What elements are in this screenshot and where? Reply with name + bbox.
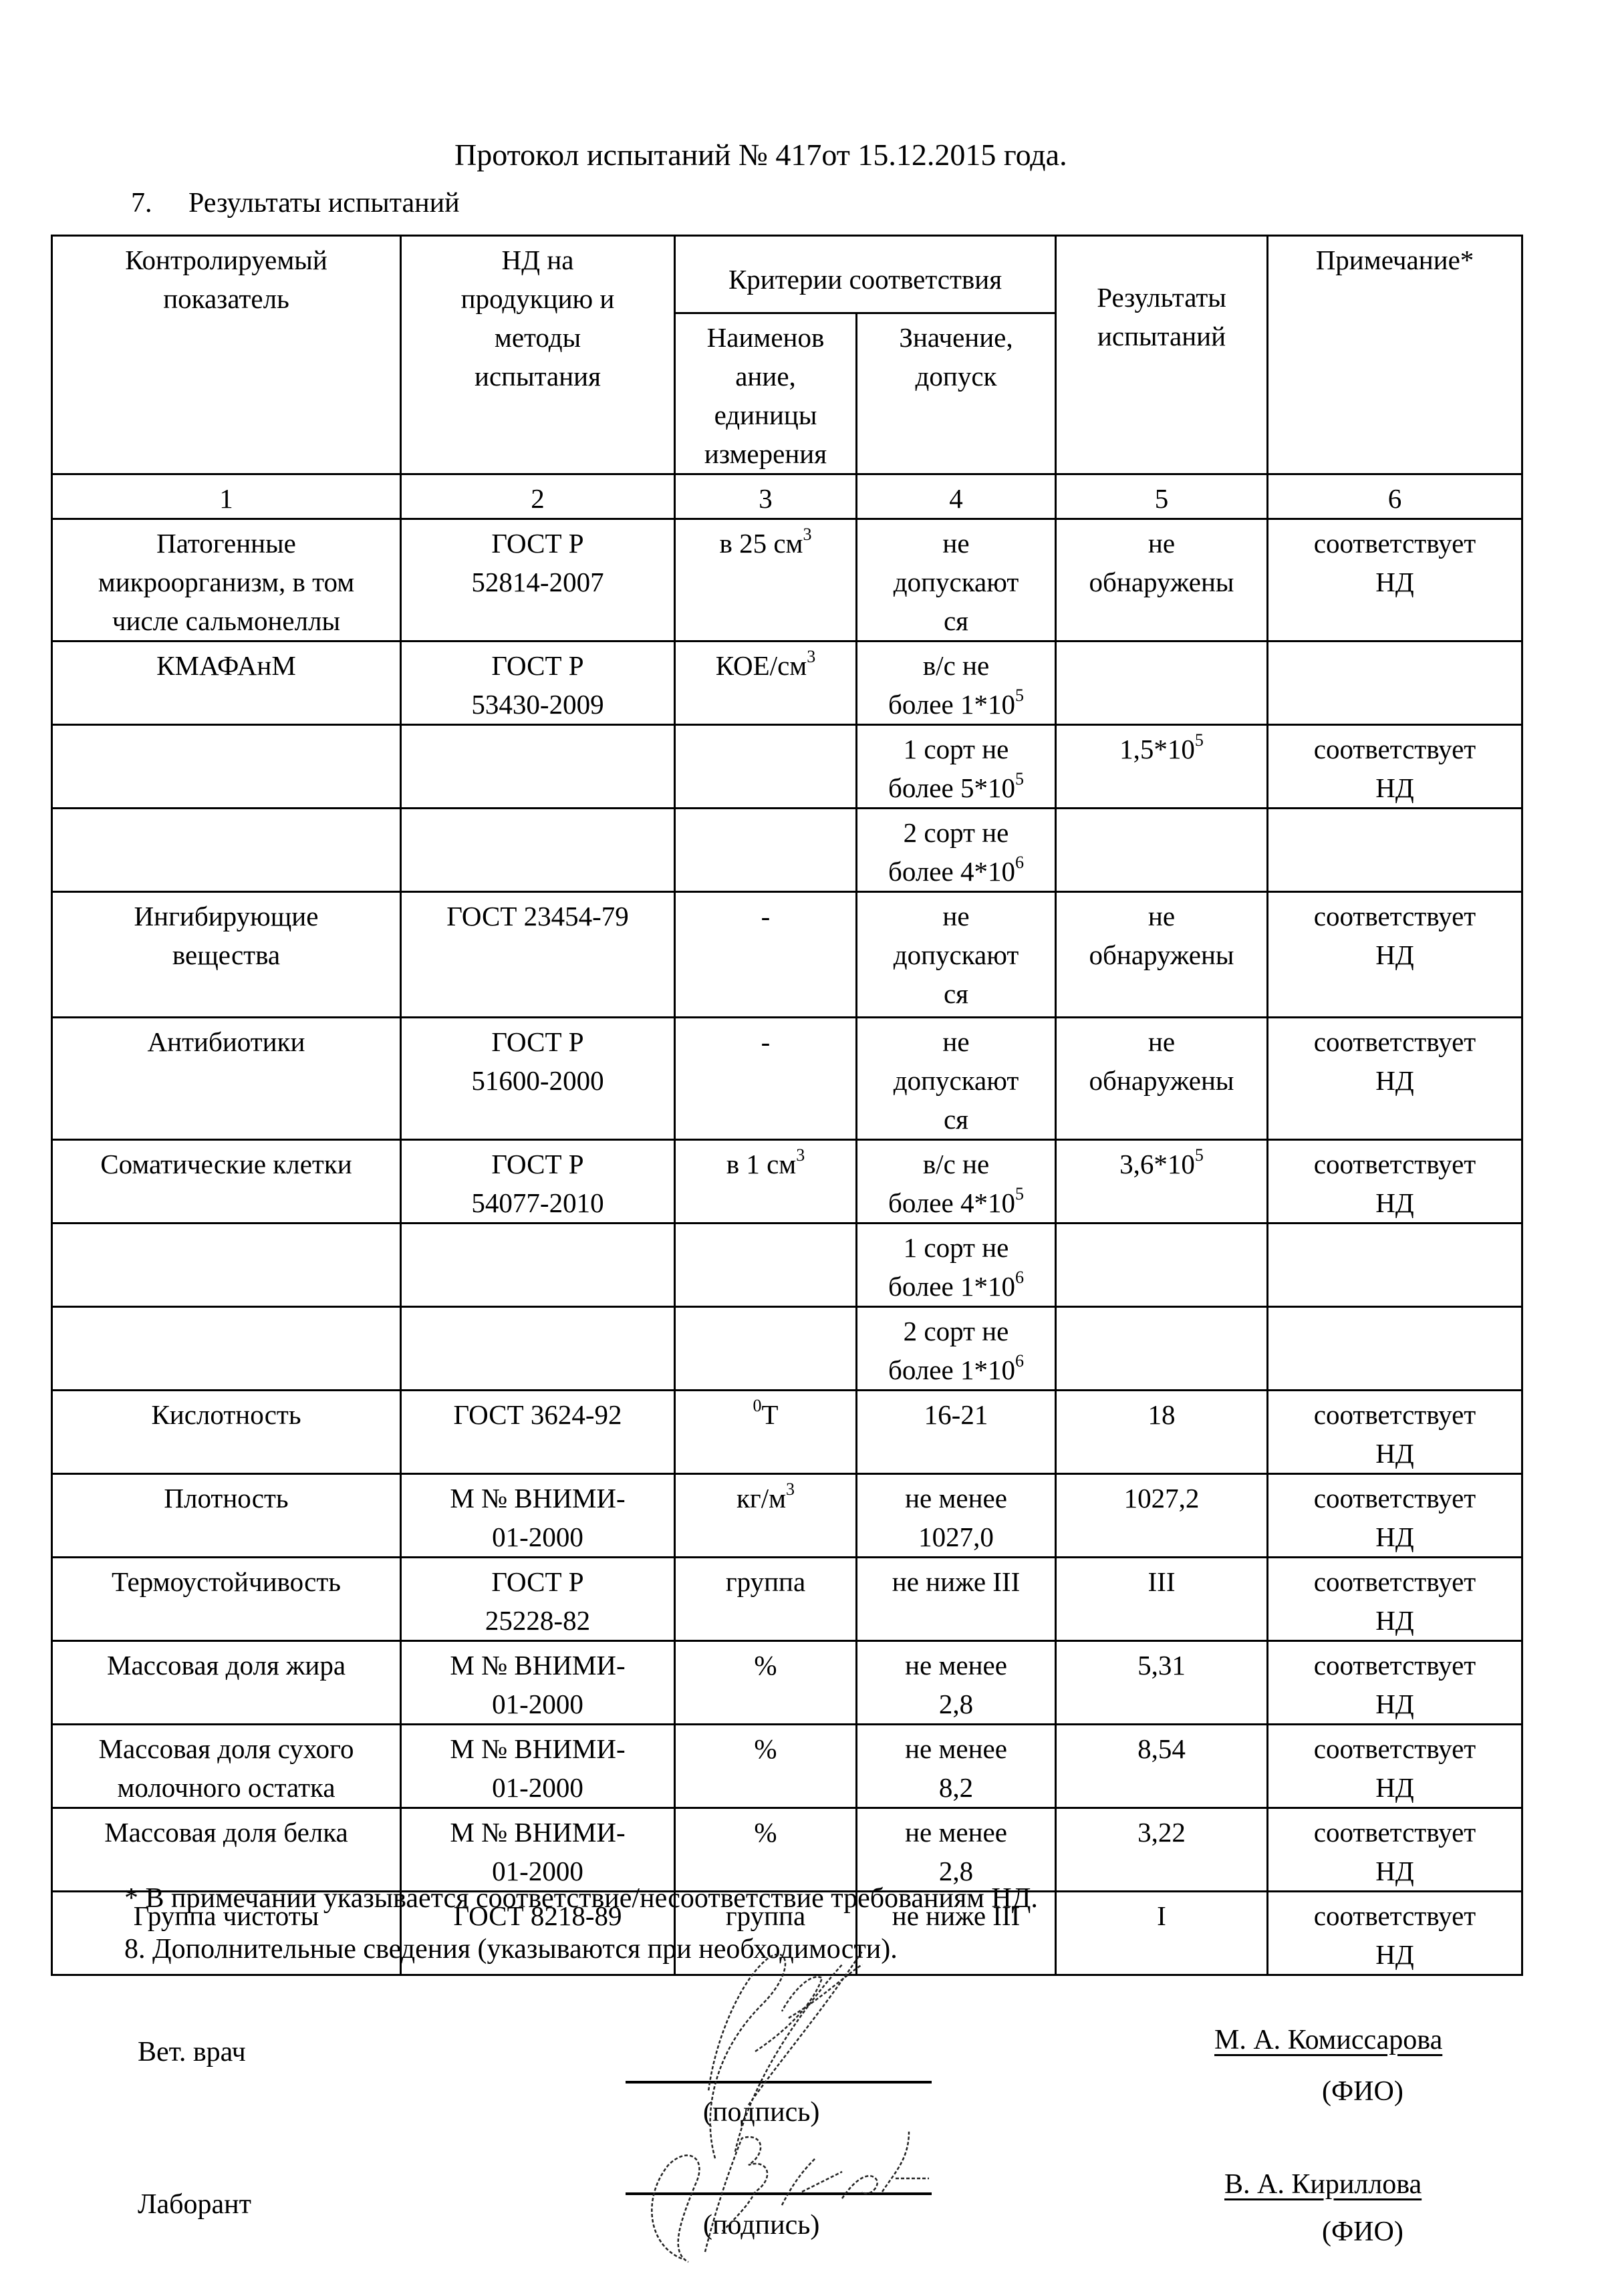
cell-note: соответствуетНД <box>1268 1558 1522 1641</box>
note-label: Примечание* <box>1316 245 1474 275</box>
cell-indicator <box>52 809 401 892</box>
cell-line: ГОСТ 3624-92 <box>453 1399 622 1430</box>
cell-line: молочного остатка <box>117 1772 335 1803</box>
cell-line: Кислотность <box>151 1399 301 1430</box>
cell-indicator: Антибиотики <box>52 1018 401 1140</box>
cell-line: микроорганизм, в том <box>98 567 354 597</box>
cell-indicator <box>52 1307 401 1391</box>
table-row: Массовая доля сухогомолочного остаткаМ №… <box>52 1725 1522 1808</box>
cell-line: ГОСТ Р <box>491 650 583 681</box>
cell-line: НД <box>1375 1522 1414 1552</box>
table-row: ТермоустойчивостьГОСТ Р25228-82группане … <box>52 1558 1522 1641</box>
cell-value: недопускаются <box>857 892 1056 1018</box>
cell-value: 2 сорт неболее 4*106 <box>857 809 1056 892</box>
cell-line: ся <box>944 605 968 636</box>
cell-line: I <box>1157 1900 1166 1931</box>
cell-value: в/с неболее 4*105 <box>857 1140 1056 1224</box>
cell-nd: М № ВНИМИ-01-2000 <box>401 1725 675 1808</box>
cell-nd: ГОСТ 3624-92 <box>401 1391 675 1474</box>
cell-line: Наименов <box>707 322 825 353</box>
cell-line: НД <box>1375 1772 1414 1803</box>
cell-line: - <box>761 901 771 931</box>
cell-nd: ГОСТ Р25228-82 <box>401 1558 675 1641</box>
cell-note: соответствуетНД <box>1268 1725 1522 1808</box>
cell-line: испытаний <box>1097 321 1226 351</box>
cell-line: 5,31 <box>1137 1650 1186 1681</box>
cell-value: не менее8,2 <box>857 1725 1056 1808</box>
handwritten-signature-lab <box>642 2118 962 2272</box>
table-row: 2 сорт неболее 1*106 <box>52 1307 1522 1391</box>
table-row: КМАФАнМГОСТ Р53430-2009КОЕ/см3в/с неболе… <box>52 641 1522 725</box>
name-caption-vet: (ФИО) <box>1322 2075 1403 2108</box>
cell-line: 01-2000 <box>492 1772 583 1803</box>
cell-value: не менее1027,0 <box>857 1474 1056 1558</box>
cell-line: методы <box>495 322 581 353</box>
cell-line: обнаружены <box>1089 1065 1234 1096</box>
cell-line: НД <box>1375 940 1414 970</box>
cell-line: НД <box>1375 1939 1414 1970</box>
cell-result <box>1056 1224 1268 1307</box>
cell-line: ГОСТ Р <box>491 1026 583 1057</box>
cell-note <box>1268 1224 1522 1307</box>
cell-value: не менее2,8 <box>857 1808 1056 1892</box>
cell-unit: % <box>675 1641 857 1725</box>
superscript: 3 <box>803 525 812 544</box>
cell-line: более 1*10 <box>888 689 1015 720</box>
cell-line: 01-2000 <box>492 1522 583 1552</box>
cell-result: 3,22 <box>1056 1808 1268 1892</box>
cell-line: 54077-2010 <box>471 1187 603 1218</box>
cell-line: 52814-2007 <box>471 567 603 597</box>
cell-line: допуск <box>916 361 997 392</box>
cell-line: НД <box>1375 1689 1414 1719</box>
table-row: Массовая доля белкаМ № ВНИМИ-01-2000%не … <box>52 1808 1522 1892</box>
table-row: КислотностьГОСТ 3624-920Т16-2118соответс… <box>52 1391 1522 1474</box>
cell-line: 2 сорт не <box>904 817 1009 848</box>
cell-line: ГОСТ Р <box>491 1566 583 1597</box>
cell-note: соответствуетНД <box>1268 1474 1522 1558</box>
cell-line: Плотность <box>164 1483 288 1514</box>
cell-value: в/с неболее 1*105 <box>857 641 1056 725</box>
cell-unit: % <box>675 1808 857 1892</box>
cell-result: 5,31 <box>1056 1641 1268 1725</box>
cell-unit: в 25 см3 <box>675 519 857 641</box>
cell-indicator: КМАФАнМ <box>52 641 401 725</box>
cell-line: более 4*10 <box>888 1187 1015 1218</box>
cell-line: - <box>761 1026 771 1057</box>
cell-indicator: Плотность <box>52 1474 401 1558</box>
cell-line: более 1*10 <box>888 1354 1015 1385</box>
cell-line: 1027,2 <box>1124 1483 1200 1514</box>
cell-line: в/с не <box>923 1149 989 1179</box>
cell-line: 18 <box>1148 1399 1176 1430</box>
cell-nd: М № ВНИМИ-01-2000 <box>401 1641 675 1725</box>
results-table: КонтролируемыйпоказательНД напродукцию и… <box>51 235 1523 1976</box>
cell-nd: ГОСТ 23454-79 <box>401 892 675 1018</box>
cell-unit: в 1 см3 <box>675 1140 857 1224</box>
column-number: 2 <box>401 474 675 519</box>
header-results: Результатыиспытаний <box>1056 236 1268 474</box>
cell-line: М № ВНИМИ- <box>450 1733 625 1764</box>
criteria-label: Критерии соответствия <box>728 264 1002 295</box>
cell-nd: ГОСТ Р53430-2009 <box>401 641 675 725</box>
cell-line: обнаружены <box>1089 567 1234 597</box>
superscript: 3 <box>807 647 815 666</box>
cell-note: соответствуетНД <box>1268 725 1522 809</box>
cell-indicator <box>52 1224 401 1307</box>
section-7-number: 7. <box>131 187 188 219</box>
cell-unit <box>675 1224 857 1307</box>
cell-line: НД <box>1375 1187 1414 1218</box>
cell-line: Результаты <box>1097 282 1226 313</box>
cell-line: 1027,0 <box>918 1522 994 1552</box>
cell-line: ся <box>944 978 968 1009</box>
footnote: * В примечании указывается соответствие/… <box>124 1882 1038 1914</box>
cell-line: не менее <box>905 1483 1007 1514</box>
header-nd: НД напродукцию иметодыиспытания <box>401 236 675 474</box>
cell-line: не <box>1148 901 1175 931</box>
superscript: 5 <box>1195 730 1204 750</box>
cell-line: НД <box>1375 1065 1414 1096</box>
cell-note: соответствуетНД <box>1268 1018 1522 1140</box>
cell-line: ГОСТ Р <box>491 528 583 559</box>
cell-result: 8,54 <box>1056 1725 1268 1808</box>
cell-line: более 5*10 <box>888 772 1015 803</box>
cell-line: 25228-82 <box>485 1605 590 1636</box>
cell-nd <box>401 725 675 809</box>
cell-line: измерения <box>704 438 827 469</box>
cell-line: ся <box>944 1104 968 1135</box>
cell-line: ГОСТ Р <box>491 1149 583 1179</box>
cell-result: 1,5*105 <box>1056 725 1268 809</box>
cell-line: продукцию и <box>461 283 615 314</box>
cell-note: соответствуетНД <box>1268 519 1522 641</box>
column-number: 3 <box>675 474 857 519</box>
cell-line: Массовая доля жира <box>107 1650 346 1681</box>
cell-note <box>1268 1307 1522 1391</box>
cell-indicator: Кислотность <box>52 1391 401 1474</box>
cell-value: 16-21 <box>857 1391 1056 1474</box>
cell-line: 1 сорт не <box>904 1232 1009 1263</box>
cell-line: ГОСТ 23454-79 <box>446 901 629 931</box>
cell-line: соответствует <box>1314 1483 1476 1514</box>
cell-note: соответствуетНД <box>1268 1641 1522 1725</box>
cell-line: числе сальмонеллы <box>112 605 340 636</box>
cell-line: М № ВНИМИ- <box>450 1650 625 1681</box>
cell-result: 18 <box>1056 1391 1268 1474</box>
cell-line: Патогенные <box>156 528 296 559</box>
cell-nd: ГОСТ Р51600-2000 <box>401 1018 675 1140</box>
cell-line: не менее <box>905 1650 1007 1681</box>
cell-value: недопускаются <box>857 519 1056 641</box>
cell-indicator: Массовая доля белка <box>52 1808 401 1892</box>
table-row: АнтибиотикиГОСТ Р51600-2000-недопускаютс… <box>52 1018 1522 1140</box>
cell-line: не ниже III <box>892 1566 1020 1597</box>
cell-line: % <box>754 1733 777 1764</box>
superscript: 5 <box>1015 769 1024 788</box>
cell-nd <box>401 1307 675 1391</box>
cell-line: не <box>942 1026 969 1057</box>
cell-result: 3,6*105 <box>1056 1140 1268 1224</box>
cell-line: Термоустойчивость <box>112 1566 341 1597</box>
cell-nd <box>401 809 675 892</box>
cell-result: I <box>1056 1892 1268 1975</box>
superscript: 5 <box>1195 1145 1204 1165</box>
cell-note: соответствуетНД <box>1268 1892 1522 1975</box>
cell-indicator: Массовая доля жира <box>52 1641 401 1725</box>
cell-nd: ГОСТ Р52814-2007 <box>401 519 675 641</box>
cell-unit <box>675 1307 857 1391</box>
cell-line: 1 сорт не <box>904 734 1009 764</box>
cell-line: 16-21 <box>924 1399 988 1430</box>
cell-unit: 0Т <box>675 1391 857 1474</box>
column-number: 4 <box>857 474 1056 519</box>
cell-line: 01-2000 <box>492 1689 583 1719</box>
cell-line: не менее <box>905 1817 1007 1848</box>
cell-line: не <box>942 528 969 559</box>
cell-line: не менее <box>905 1733 1007 1764</box>
cell-indicator: Патогенныемикроорганизм, в томчисле саль… <box>52 519 401 641</box>
cell-note: соответствуетНД <box>1268 1808 1522 1892</box>
cell-line: КМАФАнМ <box>156 650 296 681</box>
cell-line: соответствует <box>1314 1900 1476 1931</box>
superscript: 6 <box>1015 1351 1024 1371</box>
cell-line: в/с не <box>923 650 989 681</box>
cell-line: соответствует <box>1314 1026 1476 1057</box>
column-number: 1 <box>52 474 401 519</box>
cell-line: ание, <box>735 361 796 392</box>
cell-line: М № ВНИМИ- <box>450 1817 625 1848</box>
table-row: 1 сорт неболее 5*1051,5*105соответствует… <box>52 725 1522 809</box>
header-unit: Наименование,единицыизмерения <box>675 313 857 474</box>
cell-line: допускают <box>894 567 1019 597</box>
superscript: 3 <box>796 1145 805 1165</box>
cell-line: 8,54 <box>1137 1733 1186 1764</box>
signer-role-vet: Вет. врач <box>138 2036 246 2068</box>
cell-indicator: Термоустойчивость <box>52 1558 401 1641</box>
table-row: ИнгибирующиевеществаГОСТ 23454-79-недопу… <box>52 892 1522 1018</box>
cell-line: не <box>1148 1026 1175 1057</box>
cell-line: НД <box>1375 1438 1414 1469</box>
cell-line: в 1 см <box>726 1149 797 1179</box>
header-note: Примечание* <box>1268 236 1522 474</box>
superscript: 6 <box>1015 1268 1024 1287</box>
cell-line: КОЕ/см <box>716 650 807 681</box>
cell-result: необнаружены <box>1056 1018 1268 1140</box>
cell-line: более 1*10 <box>888 1271 1015 1302</box>
cell-line: 1,5*10 <box>1119 734 1195 764</box>
cell-line: % <box>754 1650 777 1681</box>
cell-line: соответствует <box>1314 1149 1476 1179</box>
cell-line: 51600-2000 <box>471 1065 603 1096</box>
cell-line: обнаружены <box>1089 940 1234 970</box>
cell-unit: - <box>675 892 857 1018</box>
cell-line: НД <box>1375 567 1414 597</box>
cell-indicator: Массовая доля сухогомолочного остатка <box>52 1725 401 1808</box>
table-row: ПлотностьМ № ВНИМИ-01-2000кг/м3не менее1… <box>52 1474 1522 1558</box>
cell-value: 2 сорт неболее 1*106 <box>857 1307 1056 1391</box>
cell-note <box>1268 641 1522 725</box>
protocol-title: Протокол испытаний № 417от 15.12.2015 го… <box>454 137 1067 172</box>
table-row: 2 сорт неболее 4*106 <box>52 809 1522 892</box>
cell-line: испытания <box>475 361 601 392</box>
section-7-label: Результаты испытаний <box>188 188 460 219</box>
cell-indicator: Соматические клетки <box>52 1140 401 1224</box>
cell-line: допускают <box>894 1065 1019 1096</box>
cell-unit: кг/м3 <box>675 1474 857 1558</box>
superscript: 6 <box>1015 853 1024 872</box>
column-number: 6 <box>1268 474 1522 519</box>
cell-line: Ингибирующие <box>134 901 319 931</box>
cell-note <box>1268 809 1522 892</box>
cell-line: Т <box>761 1399 778 1430</box>
cell-note: соответствуетНД <box>1268 892 1522 1018</box>
cell-line: единицы <box>714 400 817 430</box>
cell-line: соответствует <box>1314 1566 1476 1597</box>
cell-result <box>1056 641 1268 725</box>
cell-line: % <box>754 1817 777 1848</box>
cell-line: группа <box>726 1566 805 1597</box>
cell-result: III <box>1056 1558 1268 1641</box>
superscript: 0 <box>753 1396 761 1415</box>
cell-value: не менее2,8 <box>857 1641 1056 1725</box>
cell-line: соответствует <box>1314 1650 1476 1681</box>
cell-line: не <box>1148 528 1175 559</box>
cell-line: соответствует <box>1314 734 1476 764</box>
cell-line: допускают <box>894 940 1019 970</box>
cell-nd: М № ВНИМИ-01-2000 <box>401 1808 675 1892</box>
cell-line: Антибиотики <box>148 1026 305 1057</box>
cell-result <box>1056 809 1268 892</box>
cell-unit: КОЕ/см3 <box>675 641 857 725</box>
cell-nd: М № ВНИМИ-01-2000 <box>401 1474 675 1558</box>
cell-line: соответствует <box>1314 1733 1476 1764</box>
cell-line: НД <box>1375 772 1414 803</box>
cell-line: 8,2 <box>939 1772 973 1803</box>
cell-value: 1 сорт неболее 1*106 <box>857 1224 1056 1307</box>
cell-line: более 4*10 <box>888 856 1015 887</box>
cell-line: не <box>942 901 969 931</box>
superscript: 3 <box>786 1479 795 1499</box>
cell-nd <box>401 1224 675 1307</box>
cell-unit: группа <box>675 1558 857 1641</box>
cell-unit: % <box>675 1725 857 1808</box>
cell-result: 1027,2 <box>1056 1474 1268 1558</box>
cell-value: 1 сорт неболее 5*105 <box>857 725 1056 809</box>
cell-result <box>1056 1307 1268 1391</box>
cell-line: соответствует <box>1314 1817 1476 1848</box>
cell-line: показатель <box>163 283 289 314</box>
header-indicator: Контролируемыйпоказатель <box>52 236 401 474</box>
cell-line: III <box>1148 1566 1176 1597</box>
section-7-heading: 7.Результаты испытаний <box>131 187 460 219</box>
cell-unit <box>675 809 857 892</box>
cell-line: 2,8 <box>939 1689 973 1719</box>
cell-unit <box>675 725 857 809</box>
cell-line: НД <box>1375 1605 1414 1636</box>
column-number: 5 <box>1056 474 1268 519</box>
cell-unit: - <box>675 1018 857 1140</box>
cell-line: М № ВНИМИ- <box>450 1483 625 1514</box>
cell-line: НД <box>1375 1856 1414 1886</box>
cell-line: 2 сорт не <box>904 1316 1009 1346</box>
table-row: Патогенныемикроорганизм, в томчисле саль… <box>52 519 1522 641</box>
cell-line: соответствует <box>1314 1399 1476 1430</box>
cell-nd: ГОСТ Р54077-2010 <box>401 1140 675 1224</box>
superscript: 5 <box>1015 686 1024 705</box>
cell-note: соответствуетНД <box>1268 1391 1522 1474</box>
cell-indicator: Ингибирующиевещества <box>52 892 401 1018</box>
header-value: Значение,допуск <box>857 313 1056 474</box>
superscript: 5 <box>1015 1184 1024 1203</box>
header-row: КонтролируемыйпоказательНД напродукцию и… <box>52 236 1522 313</box>
signer-name-vet: М. А. Комиссарова <box>1214 2024 1442 2056</box>
table-row: 1 сорт неболее 1*106 <box>52 1224 1522 1307</box>
cell-line: Контролируемый <box>125 245 327 275</box>
cell-result: необнаружены <box>1056 892 1268 1018</box>
cell-note: соответствуетНД <box>1268 1140 1522 1224</box>
table-row: Массовая доля жираМ № ВНИМИ-01-2000%не м… <box>52 1641 1522 1725</box>
cell-indicator <box>52 725 401 809</box>
cell-line: 3,6*10 <box>1119 1149 1195 1179</box>
header-criteria: Критерии соответствия <box>675 236 1056 313</box>
cell-line: вещества <box>172 940 280 970</box>
signer-name-lab: В. А. Кириллова <box>1224 2168 1422 2200</box>
cell-line: соответствует <box>1314 901 1476 931</box>
column-number-row: 123456 <box>52 474 1522 519</box>
cell-line: Соматические клетки <box>100 1149 352 1179</box>
cell-line: в 25 см <box>719 528 803 559</box>
table-row: Соматические клеткиГОСТ Р54077-2010в 1 с… <box>52 1140 1522 1224</box>
cell-line: 3,22 <box>1137 1817 1186 1848</box>
cell-line: Значение, <box>899 322 1013 353</box>
cell-line: кг/м <box>736 1483 786 1514</box>
cell-line: соответствует <box>1314 528 1476 559</box>
cell-line: НД на <box>502 245 574 275</box>
signer-role-lab: Лаборант <box>138 2188 251 2220</box>
cell-line: Массовая доля сухого <box>99 1733 354 1764</box>
cell-line: Массовая доля белка <box>104 1817 348 1848</box>
cell-value: недопускаются <box>857 1018 1056 1140</box>
cell-value: не ниже III <box>857 1558 1056 1641</box>
cell-result: необнаружены <box>1056 519 1268 641</box>
cell-line: 53430-2009 <box>471 689 603 720</box>
name-caption-lab: (ФИО) <box>1322 2216 1403 2248</box>
